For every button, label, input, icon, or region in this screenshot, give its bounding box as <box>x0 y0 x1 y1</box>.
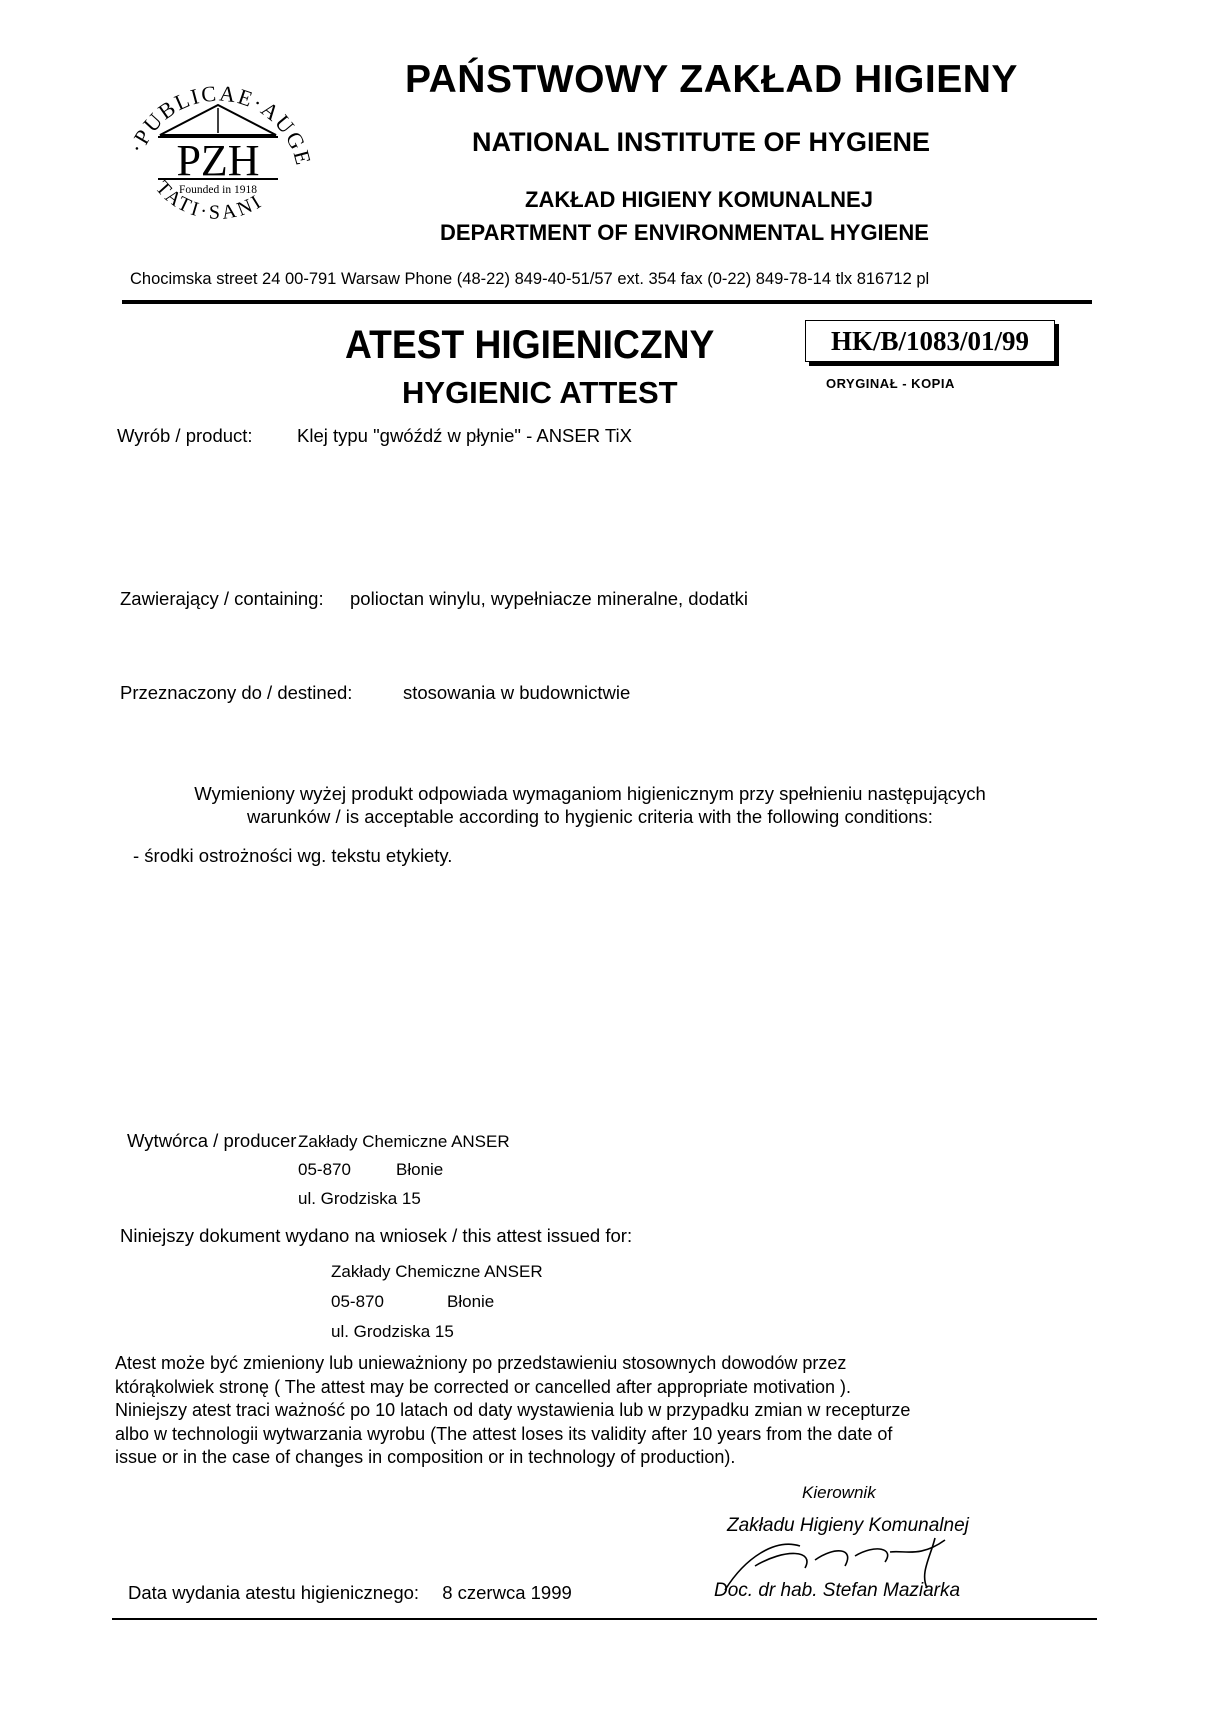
producer-name: Zakłady Chemiczne ANSER <box>298 1132 510 1152</box>
signatory-name: Doc. dr hab. Stefan Maziarka <box>714 1580 960 1602</box>
issued-for-street: ul. Grodziska 15 <box>331 1322 454 1342</box>
copy-status: ORYGINAŁ - KOPIA <box>826 376 955 391</box>
producer-label: Wytwórca / producer <box>127 1130 296 1152</box>
producer-street: ul. Grodziska 15 <box>298 1189 421 1209</box>
signatory-title: Kierownik <box>802 1483 876 1503</box>
condition-item: - środki ostrożności wg. tekstu etykiety… <box>133 845 452 867</box>
department-name-pl: ZAKŁAD HIGIENY KOMUNALNEJ <box>525 187 873 213</box>
institute-name-pl: PAŃSTWOWY ZAKŁAD HIGIENY <box>405 58 1018 102</box>
legal-line: Atest może być zmieniony lub unieważnion… <box>115 1352 1075 1376</box>
issue-date-label: Data wydania atestu higienicznego: <box>128 1582 419 1603</box>
legal-line: albo w technologii wytwarzania wyrobu (T… <box>115 1423 1075 1447</box>
issued-for-postal: 05-870 <box>331 1292 384 1312</box>
footer-divider <box>112 1618 1097 1620</box>
conditions-intro-line1: Wymieniony wyżej produkt odpowiada wymag… <box>130 782 1050 805</box>
document-title-en: HYGIENIC ATTEST <box>402 375 678 411</box>
issue-date-row: Data wydania atestu higienicznego: 8 cze… <box>128 1582 572 1604</box>
conditions-intro: Wymieniony wyżej produkt odpowiada wymag… <box>130 782 1050 828</box>
destined-label: Przeznaczony do / destined: <box>120 682 352 703</box>
destined-row: Przeznaczony do / destined: stosowania w… <box>120 682 352 704</box>
header-divider <box>122 300 1092 304</box>
logo-monogram: PZH <box>176 136 259 185</box>
legal-line: Niniejszy atest traci ważność po 10 lata… <box>115 1399 1075 1423</box>
issued-for-label: Niniejszy dokument wydano na wniosek / t… <box>120 1225 632 1247</box>
product-value: Klej typu "gwóźdź w płynie" - ANSER TiX <box>297 425 632 447</box>
producer-city: Błonie <box>396 1160 443 1180</box>
institute-name-en: NATIONAL INSTITUTE OF HYGIENE <box>472 127 930 158</box>
attest-number: HK/B/1083/01/99 <box>805 320 1055 362</box>
containing-value: polioctan winylu, wypełniacze mineralne,… <box>350 588 748 610</box>
pzh-logo: ·PUBLICAE·AUGENDAE TATI·SANI PZH Founded… <box>118 58 318 238</box>
conditions-intro-line2: warunków / is acceptable according to hy… <box>130 805 1050 828</box>
issued-for-city: Błonie <box>447 1292 494 1312</box>
containing-row: Zawierający / containing: polioctan winy… <box>120 588 324 610</box>
product-label: Wyrób / product: <box>117 425 253 446</box>
document-title-pl: ATEST HIGIENICZNY <box>345 323 714 368</box>
legal-line: issue or in the case of changes in compo… <box>115 1446 1075 1470</box>
issue-date-value: 8 czerwca 1999 <box>442 1582 572 1603</box>
containing-label: Zawierający / containing: <box>120 588 324 609</box>
issued-for-name: Zakłady Chemiczne ANSER <box>331 1262 543 1282</box>
logo-founded: Founded in 1918 <box>179 184 257 196</box>
destined-value: stosowania w budownictwie <box>403 682 630 704</box>
department-name-en: DEPARTMENT OF ENVIRONMENTAL HYGIENE <box>440 220 929 246</box>
legal-notice: Atest może być zmieniony lub unieważnion… <box>115 1352 1075 1470</box>
legal-line: którąkolwiek stronę ( The attest may be … <box>115 1376 1075 1400</box>
institute-address: Chocimska street 24 00-791 Warsaw Phone … <box>130 270 929 289</box>
product-row: Wyrób / product: Klej typu "gwóźdź w pły… <box>117 425 253 447</box>
producer-postal: 05-870 <box>298 1160 351 1180</box>
